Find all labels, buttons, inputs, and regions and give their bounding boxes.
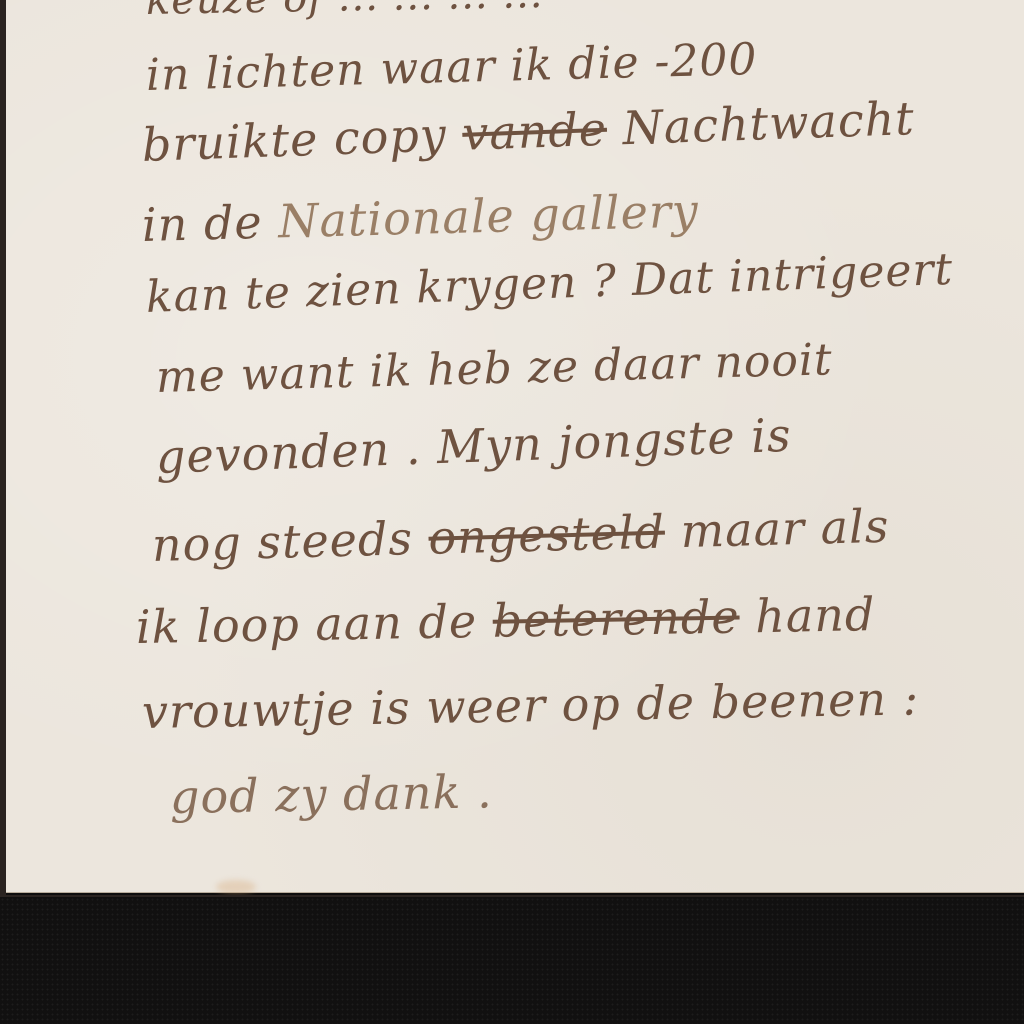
line-2: bruikte copy vande Nachtwacht [141, 91, 915, 172]
line-3-before: in de [141, 194, 279, 252]
line-7-before: nog steeds [151, 511, 429, 572]
line-10: god zy dank . [170, 764, 494, 824]
letter-paper: keuze of ... ... ... ... in lichten waar… [6, 0, 1024, 893]
line-8: ik loop aan de beterende hand [136, 587, 876, 654]
line-5: me want ik heb ze daar nooit [155, 334, 833, 403]
line-2-before: bruikte copy [141, 107, 463, 172]
letter-photo: keuze of ... ... ... ... in lichten waar… [0, 0, 1024, 1024]
line-2-struck: vande [461, 102, 608, 161]
line-7-after: maar als [664, 499, 890, 559]
line-4: kan te zien krygen ? Dat intrigeert [145, 244, 954, 323]
line-3-insertion: Nationale gallery [278, 183, 700, 248]
line-2-after: Nachtwacht [606, 91, 916, 156]
line-0: keuze of ... ... ... ... [146, 0, 544, 24]
line-8-after: hand [739, 587, 876, 643]
line-9: vrouwtje is weer op de beenen : [142, 671, 920, 739]
line-7: nog steeds ongesteld maar als [151, 499, 890, 572]
line-6: gevonden . Myn jongste is [155, 408, 792, 484]
line-8-struck: beterende [492, 589, 740, 647]
line-3: in de Nationale gallery [141, 183, 699, 252]
line-7-struck: ongesteld [428, 505, 666, 565]
paper-stain [216, 880, 256, 894]
line-8-before: ik loop aan de [136, 594, 494, 654]
black-mat [0, 895, 1024, 1024]
line-1: in lichten waar ik die -200 [145, 34, 758, 101]
